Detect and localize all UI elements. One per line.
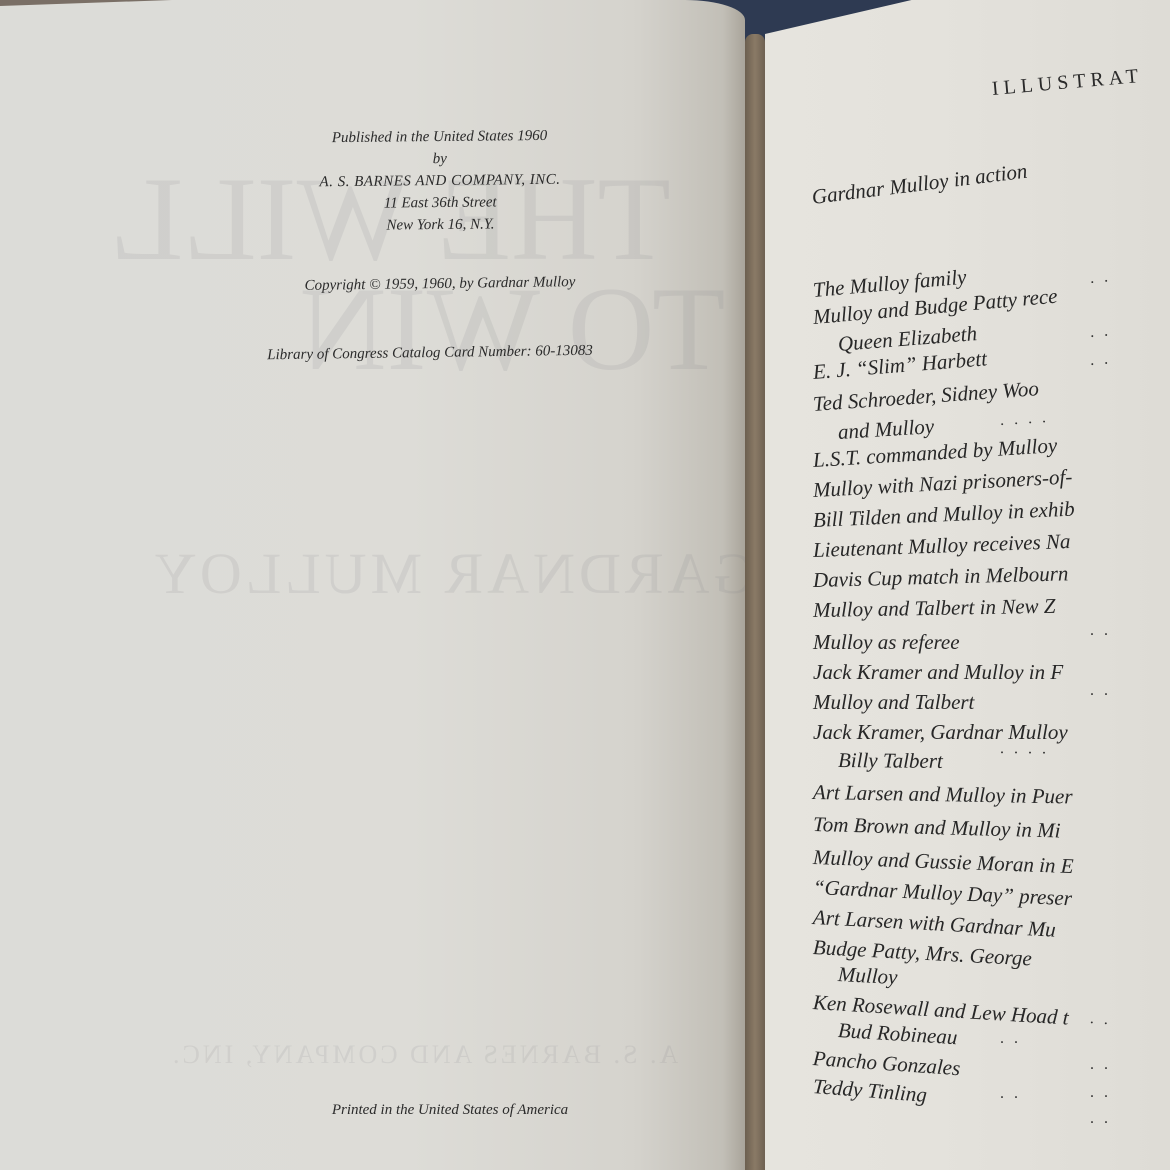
- leader-dots: . .: [1089, 322, 1111, 342]
- leader-dots: . . . .: [1000, 740, 1049, 758]
- illustration-entry: Billy Talbert: [838, 748, 943, 774]
- illustration-entry: Art Larsen and Mulloy in Puer: [813, 780, 1073, 810]
- leader-dots: . .: [1000, 1085, 1021, 1103]
- printed-in-notice: Printed in the United States of America: [240, 1102, 660, 1119]
- leader-dots: . .: [1000, 1030, 1021, 1048]
- bleed-through-author: GARDNAR MULLOY: [150, 540, 755, 607]
- leader-dots: . .: [1090, 1110, 1111, 1128]
- publisher-city: New York 16, N.Y.: [230, 212, 650, 238]
- leader-dots: . .: [1090, 1056, 1111, 1074]
- leader-dots: . .: [1089, 1010, 1111, 1029]
- illustration-entry: Jack Kramer and Mulloy in F: [813, 660, 1063, 685]
- illustration-entry: Mulloy and Talbert: [813, 690, 974, 715]
- copyright-notice: Copyright © 1959, 1960, by Gardnar Mullo…: [230, 273, 650, 296]
- leader-dots: . . . .: [999, 409, 1049, 430]
- bleed-through-publisher: A. S. BARNES AND COMPANY, INC.: [170, 1040, 678, 1070]
- catalog-card-number: Library of Congress Catalog Card Number:…: [220, 342, 640, 365]
- leader-dots: . .: [1090, 682, 1111, 700]
- illustration-entry: Mulloy and Talbert in New Z: [813, 594, 1056, 623]
- leader-dots: . .: [1089, 350, 1111, 370]
- leader-dots: . .: [1090, 1084, 1111, 1102]
- leader-dots: . .: [1089, 268, 1111, 288]
- publisher-imprint: Published in the United States 1960 by A…: [229, 124, 650, 238]
- illustration-entry: Mulloy as referee: [813, 630, 960, 655]
- illustration-entry: Mulloy: [837, 962, 898, 990]
- leader-dots: . .: [1090, 622, 1111, 640]
- book-gutter: [745, 34, 765, 1170]
- left-page-copyright: THE WILL TO WIN GARDNAR MULLOY A. S. BAR…: [0, 0, 745, 1170]
